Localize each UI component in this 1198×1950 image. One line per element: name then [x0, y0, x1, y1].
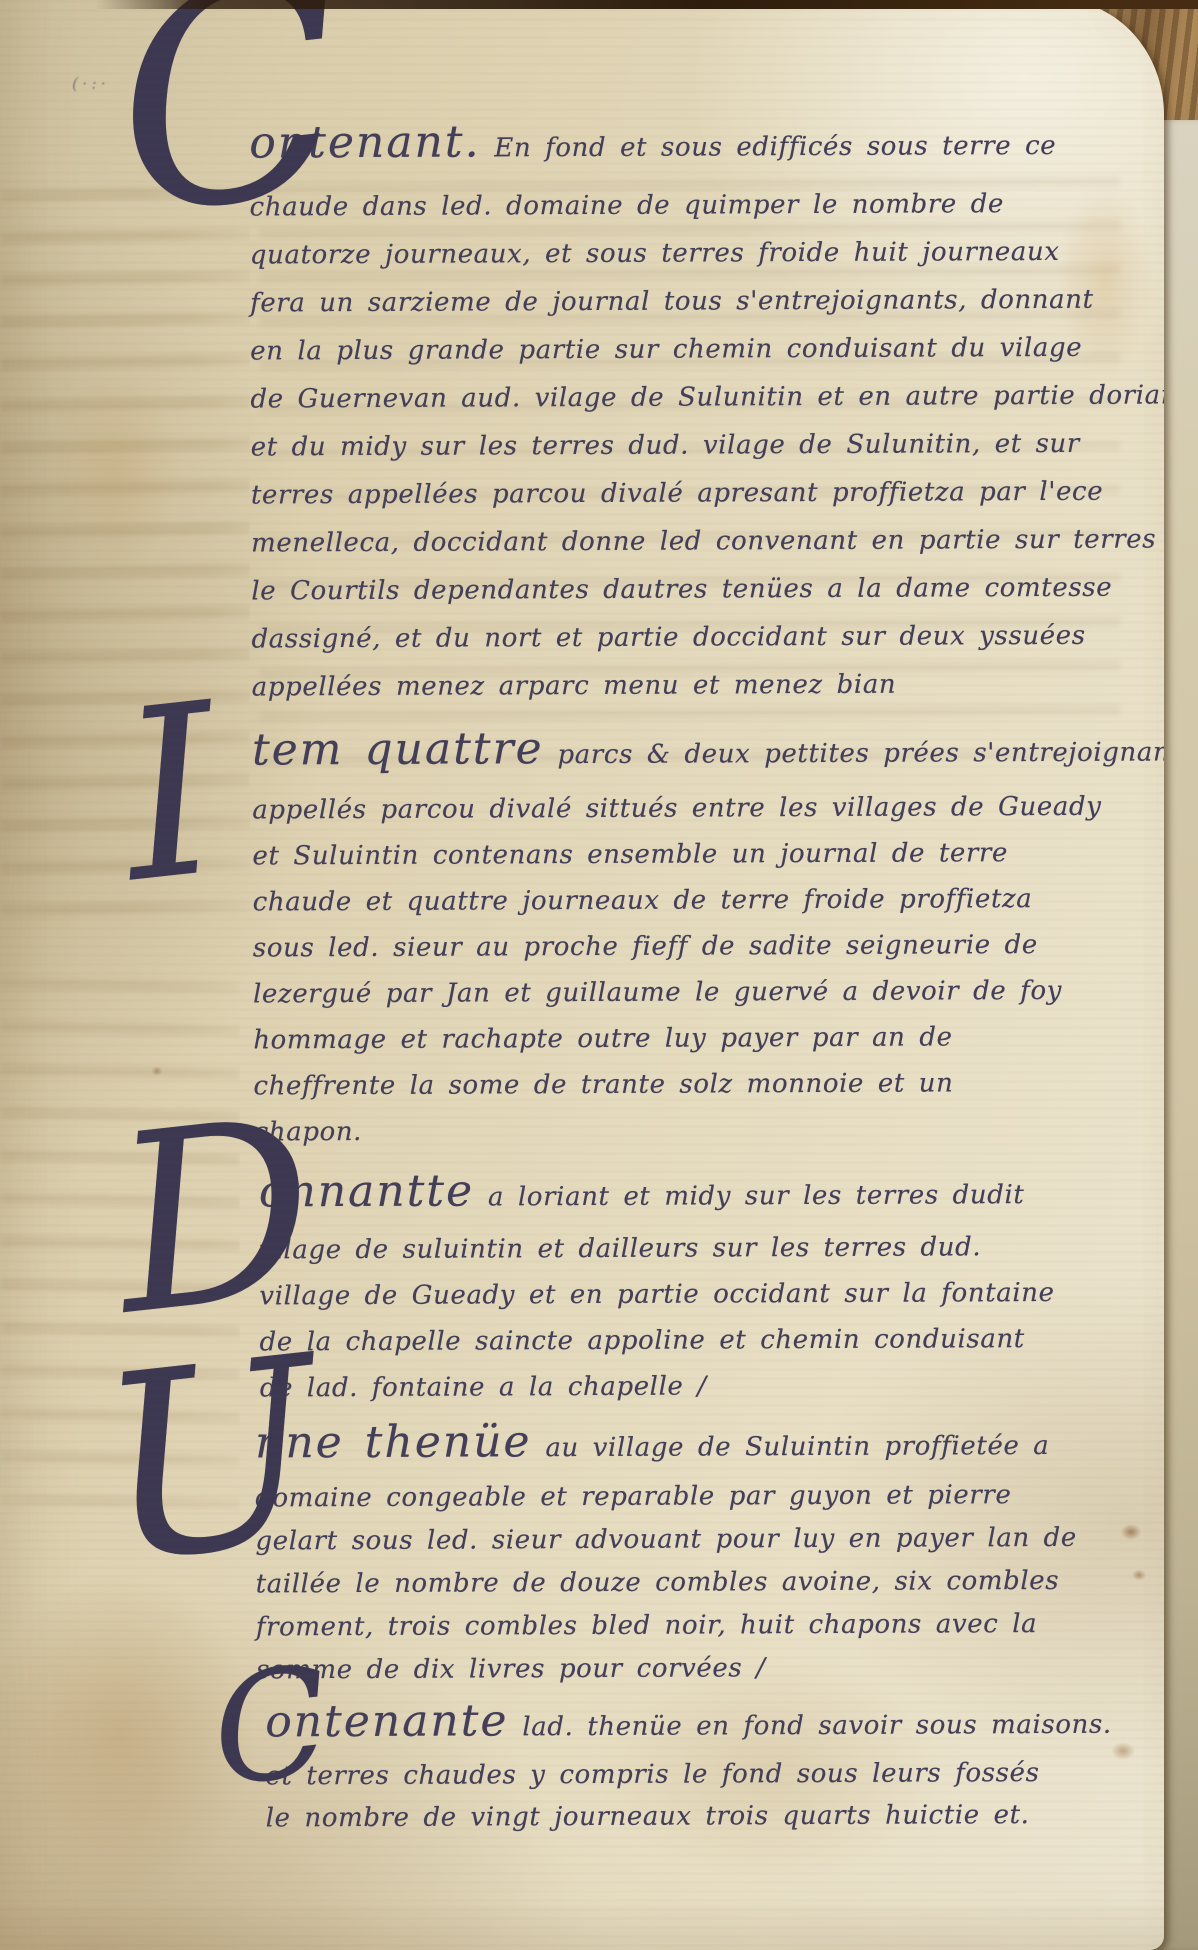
manuscript-line: ontenant. En fond et sous edifficés sous…	[249, 115, 1164, 183]
swash-initial-letter: C	[208, 1667, 334, 1787]
manuscript-line: et du midy sur les terres dud. vilage de…	[251, 419, 1164, 471]
swash-initial-letter: I	[115, 705, 226, 883]
manuscript-line: onnantte a loriant et midy sur les terre…	[259, 1166, 1054, 1227]
manuscript-line: quatorze journeaux, et sous terres froid…	[250, 227, 1164, 279]
manuscript-line: chaude et quattre journeaux de terre fro…	[253, 875, 1164, 925]
swash-initial-letter: C	[106, 0, 354, 216]
line-text: a loriant et midy sur les terres dudit	[474, 1180, 1024, 1212]
line-text: parcs & deux pettites prées s'entrejoign…	[544, 737, 1164, 770]
manuscript-line: de la chapelle saincte appoline et chemi…	[259, 1316, 1054, 1365]
manuscript-line: chaude dans led. domaine de quimper le n…	[250, 179, 1164, 231]
manuscript-line: en la plus grande partie sur chemin cond…	[250, 323, 1164, 375]
manuscript-line: dassigné, et du nort et partie doccidant…	[251, 611, 1164, 663]
line-text: En fond et sous edifficés sous terre ce	[480, 131, 1056, 164]
lead-word: tem quattre	[252, 723, 544, 775]
paragraph: I tem quattre parcs & deux pettites prée…	[252, 723, 1164, 1155]
manuscript-line: froment, trois combles bled noir, huit c…	[256, 1603, 1078, 1650]
paragraph: U nne thenüe au village de Suluintin pro…	[255, 1418, 1078, 1693]
manuscript-line: sous led. sieur au proche fieff de sadit…	[253, 921, 1164, 971]
paragraph: C ontenante lad. thenüe en fond savoir s…	[265, 1698, 1112, 1840]
manuscript-line: taillée le nombre de douze combles avoin…	[256, 1560, 1078, 1607]
manuscript-line: village de Gueady et en partie occidant …	[259, 1270, 1054, 1319]
swash-initial-letter: D	[108, 1119, 323, 1316]
manuscript-line: domaine congeable et reparable par guyon…	[255, 1474, 1077, 1521]
manuscript-line: appellées menez arparc menu et menez bia…	[252, 659, 1164, 711]
manuscript-line: somme de dix livres pour corvées /	[256, 1646, 1078, 1693]
manuscript-line: fera un sarzieme de journal tous s'entre…	[250, 275, 1164, 327]
manuscript-line: vilage de suluintin et dailleurs sur les…	[259, 1224, 1054, 1273]
manuscript-line: chapon.	[254, 1105, 1164, 1155]
manuscript-line: menelleca, doccidant donne led convenant…	[251, 515, 1164, 567]
paragraph: C ontenant. En fond et sous edifficés so…	[249, 115, 1164, 711]
swash-initial-letter: U	[94, 1358, 328, 1564]
manuscript-line: lezergué par Jan et guillaume le guervé …	[253, 967, 1164, 1017]
manuscript-line: de lad. fontaine a la chapelle /	[260, 1362, 1055, 1411]
table-edge-shadow	[95, 0, 1198, 9]
manuscript-photo: (·:· C ontenant. En fond et sous ediffic…	[0, 0, 1198, 1950]
line-text: lad. thenüe en fond savoir sous maisons.	[508, 1710, 1111, 1743]
paragraph: D onnantte a loriant et midy sur les ter…	[259, 1166, 1055, 1411]
manuscript-line: et terres chaudes y compris le fond sous…	[265, 1752, 1112, 1798]
manuscript-line: de Guernevan aud. vilage de Sulunitin et…	[250, 371, 1164, 423]
manuscript-line: ontenante lad. thenüe en fond savoir sou…	[265, 1698, 1112, 1756]
manuscript-line: le nombre de vingt journeaux trois quart…	[266, 1794, 1113, 1840]
manuscript-line: gelart sous led. sieur advouant pour luy…	[255, 1517, 1077, 1564]
manuscript-line: terres appellées parcou divalé apresant …	[251, 467, 1164, 519]
handwritten-text: C ontenant. En fond et sous edifficés so…	[0, 0, 1164, 1950]
manuscript-line: nne thenüe au village de Suluintin proff…	[255, 1418, 1077, 1478]
manuscript-line: tem quattre parcs & deux pettites prées …	[252, 723, 1164, 787]
parchment-sheet: (·:· C ontenant. En fond et sous ediffic…	[0, 0, 1164, 1950]
manuscript-line: et Suluintin contenans ensemble un journ…	[252, 829, 1164, 879]
manuscript-line: cheffrente la some de trante solz monnoi…	[253, 1059, 1164, 1109]
manuscript-line: appellés parcou divalé sittués entre les…	[252, 783, 1164, 833]
manuscript-line: hommage et rachapte outre luy payer par …	[253, 1013, 1164, 1063]
manuscript-line: le Courtils dependantes dautres tenües a…	[251, 563, 1164, 615]
line-text: au village de Suluintin proffietée a	[531, 1431, 1049, 1463]
